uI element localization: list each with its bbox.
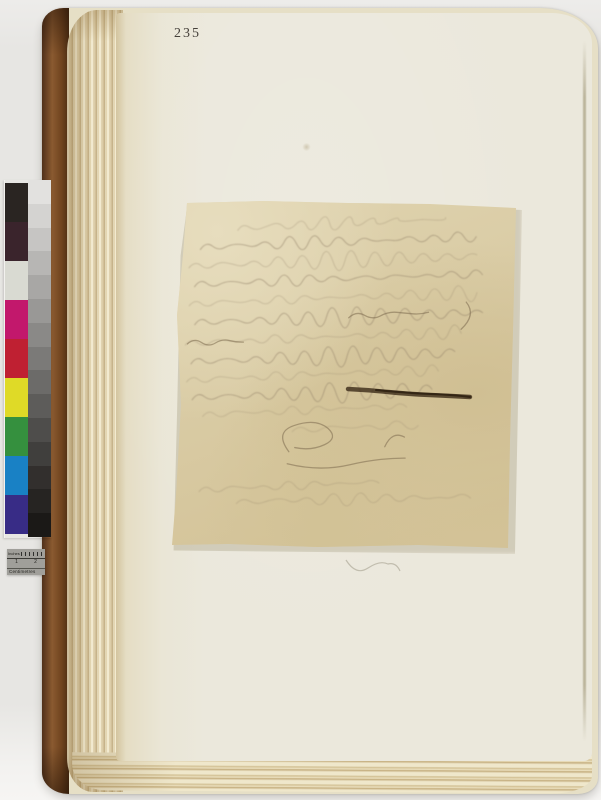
archival-photo: 235 xyxy=(0,0,601,800)
manuscript-letter xyxy=(168,200,518,550)
page-stain-spot xyxy=(302,143,311,151)
scale-ruler: Inches 1 2 Centimetres xyxy=(7,549,45,575)
ruler-numbers-row: 1 2 xyxy=(7,559,45,569)
calibration-grayscale-column xyxy=(28,180,51,537)
ruler-centimetres-label: Centimetres xyxy=(7,569,45,575)
calibration-swatch xyxy=(28,370,51,394)
calibration-swatch xyxy=(28,394,51,418)
handwriting-showthrough xyxy=(168,200,518,550)
calibration-swatch xyxy=(5,495,28,534)
color-calibration-strip xyxy=(4,180,52,538)
calibration-swatch xyxy=(28,228,51,252)
page-fore-edges xyxy=(67,10,123,792)
calibration-swatch xyxy=(5,456,28,495)
calibration-swatch xyxy=(5,417,28,456)
calibration-swatch xyxy=(28,180,51,204)
calibration-swatch xyxy=(28,466,51,490)
calibration-swatch xyxy=(28,204,51,228)
calibration-swatch xyxy=(5,222,28,261)
calibration-swatch xyxy=(5,300,28,339)
calibration-swatch xyxy=(5,183,28,222)
calibration-swatch xyxy=(28,513,51,537)
calibration-swatch xyxy=(28,251,51,275)
gutter-shadow-line xyxy=(583,41,586,741)
ruler-number-1: 1 xyxy=(15,560,18,565)
ruler-tick-marks xyxy=(21,552,44,556)
ruler-inches-label: Inches xyxy=(7,552,20,556)
calibration-swatch xyxy=(28,323,51,347)
calibration-swatch xyxy=(28,275,51,299)
calibration-swatch xyxy=(5,261,28,300)
pencil-mark xyxy=(338,550,408,586)
calibration-swatch xyxy=(28,299,51,323)
calibration-swatch xyxy=(28,347,51,371)
ruler-inches-row: Inches xyxy=(7,549,45,559)
calibration-swatch xyxy=(28,442,51,466)
calibration-color-column xyxy=(5,183,28,534)
calibration-swatch xyxy=(5,378,28,417)
calibration-swatch xyxy=(28,489,51,513)
calibration-swatch xyxy=(5,339,28,378)
ruler-number-2: 2 xyxy=(34,560,37,565)
calibration-swatch xyxy=(28,418,51,442)
page-number: 235 xyxy=(174,26,201,42)
